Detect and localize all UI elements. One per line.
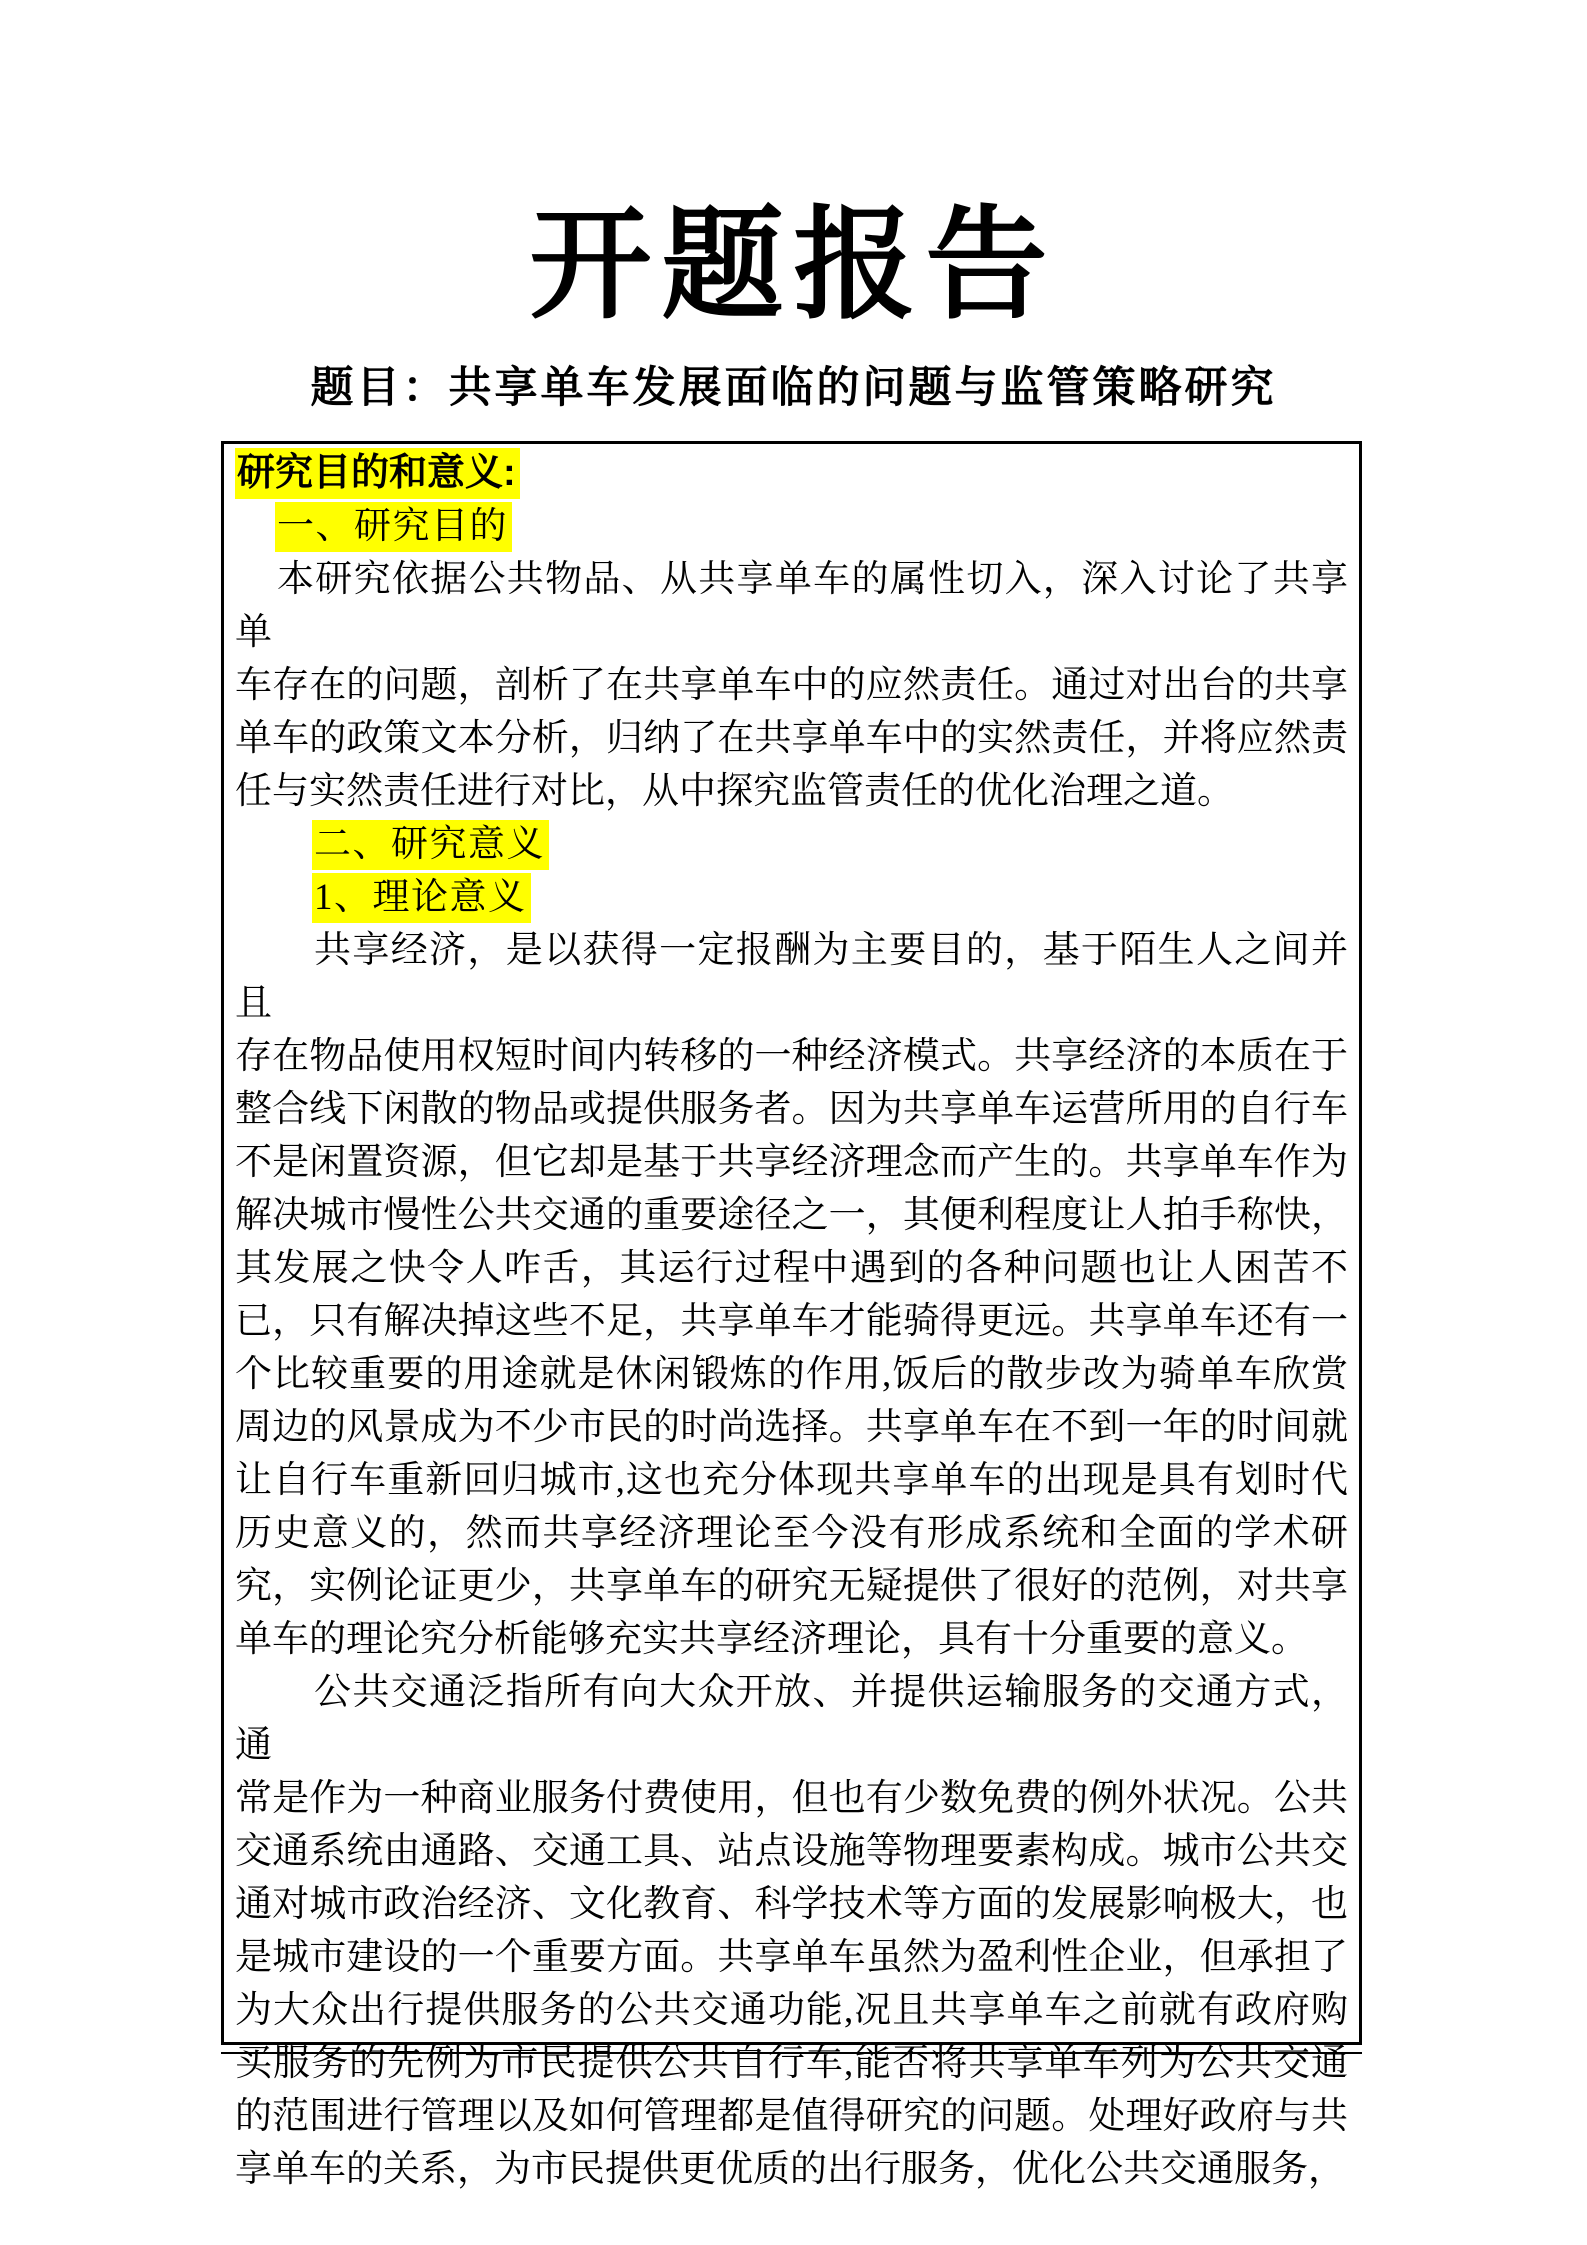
section-heading-main: 研究目的和意义: (235, 447, 1348, 500)
text-line: 买服务的先例为市民提供公共自行车,能否将共享单车列为公共交通 (235, 2037, 1348, 2090)
text-line: 单车的政策文本分析，归纳了在共享单车中的实然责任，并将应然责 (235, 712, 1348, 765)
text-line: 其发展之快令人咋舌，其运行过程中遇到的各种问题也让人困苦不 (235, 1242, 1348, 1295)
text-line: 历史意义的，然而共享经济理论至今没有形成系统和全面的学术研 (235, 1507, 1348, 1560)
heading-research-purpose: 一、研究目的 (235, 500, 1348, 553)
text-line: 解决城市慢性公共交通的重要途径之一，其便利程度让人拍手称快， (235, 1189, 1348, 1242)
text-line: 不是闲置资源，但它却是基于共享经济理念而产生的。共享单车作为 (235, 1136, 1348, 1189)
heading-research-purpose-highlight: 一、研究目的 (275, 502, 512, 552)
text-line: 单车的理论究分析能够充实共享经济理论，具有十分重要的意义。 (235, 1613, 1348, 1666)
paragraph-sharing-economy: 共享经济，是以获得一定报酬为主要目的，基于陌生人之间并且存在物品使用权短时间内转… (235, 924, 1348, 1666)
text-line: 通对城市政治经济、文化教育、科学技术等方面的发展影响极大，也 (235, 1878, 1348, 1931)
heading-research-significance: 二、研究意义 (235, 818, 1348, 871)
text-line: 是城市建设的一个重要方面。共享单车虽然为盈利性企业，但承担了 (235, 1931, 1348, 1984)
text-line: 究，实例论证更少，共享单车的研究无疑提供了很好的范例，对共享 (235, 1560, 1348, 1613)
text-line: 整合线下闲散的物品或提供服务者。因为共享单车运营所用的自行车 (235, 1083, 1348, 1136)
document-page: 开题报告 题目：共享单车发展面临的问题与监管策略研究 研究目的和意义: 一、研究… (0, 0, 1587, 2245)
paragraph-public-transport: 公共交通泛指所有向大众开放、并提供运输服务的交通方式，通常是作为一种商业服务付费… (235, 1666, 1348, 2196)
text-line: 让自行车重新回归城市,这也充分体现共享单车的出现是具有划时代 (235, 1454, 1348, 1507)
text-line: 存在物品使用权短时间内转移的一种经济模式。共享经济的本质在于 (235, 1030, 1348, 1083)
content-box: 研究目的和意义: 一、研究目的 本研究依据公共物品、从共享单车的属性切入，深入讨… (221, 441, 1362, 2045)
text-line: 交通系统由通路、交通工具、站点设施等物理要素构成。城市公共交 (235, 1825, 1348, 1878)
text-line: 的范围进行管理以及如何管理都是值得研究的问题。处理好政府与共 (235, 2090, 1348, 2143)
heading-theoretical-significance: 1、理论意义 (235, 871, 1348, 924)
text-line: 任与实然责任进行对比，从中探究监管责任的优化治理之道。 (235, 765, 1348, 818)
heading-research-significance-highlight: 二、研究意义 (312, 820, 549, 870)
section-heading-main-highlight: 研究目的和意义: (235, 448, 520, 499)
text-line: 公共交通泛指所有向大众开放、并提供运输服务的交通方式，通 (235, 1666, 1348, 1772)
paragraph-research-purpose: 本研究依据公共物品、从共享单车的属性切入，深入讨论了共享单车存在的问题，剖析了在… (235, 553, 1348, 818)
text-line: 周边的风景成为不少市民的时尚选择。共享单车在不到一年的时间就 (235, 1401, 1348, 1454)
table-bottom-rule (221, 2052, 1362, 2054)
text-line: 已，只有解决掉这些不足，共享单车才能骑得更远。共享单车还有一 (235, 1295, 1348, 1348)
page-title: 开题报告 (0, 203, 1587, 331)
text-line: 个比较重要的用途就是休闲锻炼的作用,饭后的散步改为骑单车欣赏 (235, 1348, 1348, 1401)
text-line: 共享经济，是以获得一定报酬为主要目的，基于陌生人之间并且 (235, 924, 1348, 1030)
text-line: 常是作为一种商业服务付费使用，但也有少数免费的例外状况。公共 (235, 1772, 1348, 1825)
text-line: 车存在的问题，剖析了在共享单车中的应然责任。通过对出台的共享 (235, 659, 1348, 712)
text-line: 享单车的关系，为市民提供更优质的出行服务，优化公共交通服务， (235, 2143, 1348, 2196)
text-line: 为大众出行提供服务的公共交通功能,况且共享单车之前就有政府购 (235, 1984, 1348, 2037)
text-line: 本研究依据公共物品、从共享单车的属性切入，深入讨论了共享单 (235, 553, 1348, 659)
thesis-topic-subtitle: 题目：共享单车发展面临的问题与监管策略研究 (0, 362, 1587, 416)
heading-theoretical-significance-highlight: 1、理论意义 (312, 873, 531, 923)
